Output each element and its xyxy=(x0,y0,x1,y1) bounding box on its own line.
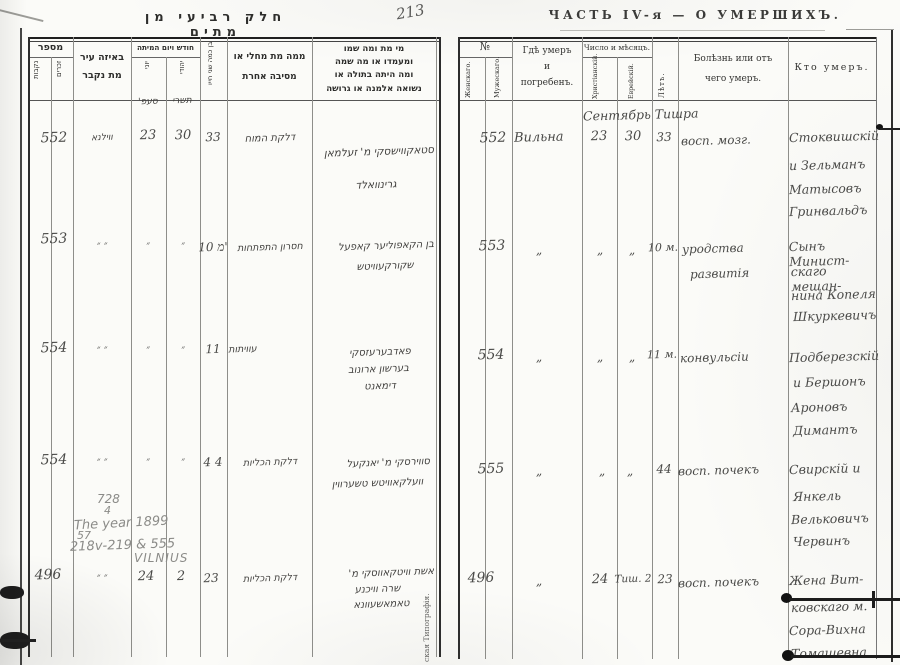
cause-of-death-line: уродства xyxy=(682,240,786,257)
record-number: 552 xyxy=(478,130,508,147)
age-value: 44 xyxy=(650,462,678,477)
right-table-left-border xyxy=(458,37,460,659)
record-number: 496 xyxy=(30,567,66,584)
record-number: 553 xyxy=(477,238,507,255)
record-number: 496 xyxy=(464,570,498,587)
deceased-name-line: Димантъ xyxy=(793,421,879,438)
right-header-bottom-rule xyxy=(458,100,877,101)
left-header-who-line1: מי מת ומה שמו xyxy=(312,44,436,54)
death-date-christian-ditto: „ xyxy=(590,350,610,365)
left-corner-crease xyxy=(0,8,43,22)
binding-ink-blob xyxy=(0,586,24,599)
left-header-cause-line2: מסיבה אחרת xyxy=(227,72,312,82)
deceased-name-line: Стоквишскій xyxy=(789,128,875,145)
right-header-age: Лѣтъ. xyxy=(658,52,666,98)
left-header-who-line4: נשואה אלמנה או גרושה xyxy=(312,84,436,94)
deceased-name-line: בערשון ארונוב xyxy=(336,363,421,377)
deceased-name-line: Гринвальдъ xyxy=(789,202,875,219)
left-col-line xyxy=(312,37,313,657)
deceased-name-line: Жена Вит- xyxy=(789,571,875,588)
age-value: 33 xyxy=(200,130,226,145)
deceased-name-line: Червинъ xyxy=(793,532,879,549)
left-col-line xyxy=(166,57,167,657)
right-table-top-border xyxy=(458,37,877,39)
death-date-christian-ditto: „ xyxy=(590,243,610,258)
record-number: 555 xyxy=(476,461,506,478)
right-header-female: Женскаго. xyxy=(464,60,472,98)
right-header-date-jewish: Еврейскій. xyxy=(628,59,635,99)
deceased-name-line: и Бершонъ xyxy=(793,373,879,390)
left-header-city-line2: מת נקבר xyxy=(73,70,131,81)
deceased-name-line: и Зельманъ xyxy=(789,156,875,173)
deceased-name-line: אשת וויטקאווסקי מ' xyxy=(316,566,434,581)
right-col-line xyxy=(617,57,618,659)
death-date-jewish: 2 xyxy=(168,569,194,585)
left-table-left-border xyxy=(28,37,30,657)
city-of-death: ווילנא xyxy=(76,132,128,144)
deceased-name-line: סווירסקי מ' יאנקעל xyxy=(318,456,430,471)
left-col-line xyxy=(73,37,74,657)
age-value: 11 м. xyxy=(644,348,680,362)
cause-of-death: חסרון התפתחות xyxy=(228,241,312,255)
right-header-who: Кто умеръ. xyxy=(788,62,876,73)
right-page-title: ЧАСТЬ IV-я — О УМЕРШИХЪ. xyxy=(545,8,845,22)
age-value: 10 מ' xyxy=(198,240,228,256)
right-page-edge-line xyxy=(891,30,893,662)
deceased-name-line: טאמאשעוונא xyxy=(344,598,419,612)
city-of-death-ditto: ״ ״ xyxy=(78,571,126,583)
city-of-death-ditto: „ xyxy=(524,574,554,589)
right-header-date-group: Число и мѣсяцъ. xyxy=(582,43,652,52)
corner-tick xyxy=(846,29,894,30)
left-month-civil: סעפ' xyxy=(131,96,165,107)
right-header-place-line2: и xyxy=(512,62,582,72)
cause-of-death: восп. почекъ xyxy=(678,574,784,591)
left-header-date-group: חודש ויום המיתה xyxy=(131,43,200,52)
pencil-note-line: VILNIUS xyxy=(134,551,188,565)
death-date-jewish-ditto: „ xyxy=(622,243,642,258)
left-header-bottom-rule xyxy=(28,100,441,101)
death-date-jewish: Тиш. 2 xyxy=(612,572,654,585)
city-of-death-ditto: ״ ״ xyxy=(78,239,126,251)
death-date-civil: 23 xyxy=(133,128,163,144)
left-col-line xyxy=(131,37,132,657)
right-header-place-line3: погребенъ. xyxy=(512,78,582,88)
death-date-jewish-ditto: ״ xyxy=(170,240,196,252)
death-date-christian: 23 xyxy=(586,129,612,145)
deceased-name-line: שרה וויכנע xyxy=(330,582,425,596)
deceased-name-line: גרינוואלד xyxy=(336,178,416,193)
death-date-jewish: 30 xyxy=(620,129,646,145)
death-date-jewish-ditto: ״ xyxy=(170,344,196,356)
left-header-cause-line1: ממה מת מחלי או xyxy=(227,52,312,62)
left-table-right-border xyxy=(439,37,441,657)
cause-of-death: восп. почекъ xyxy=(678,462,784,479)
death-date-christian-ditto: „ xyxy=(592,464,612,479)
left-header-males: זכרים xyxy=(55,61,63,99)
city-of-death-ditto: ״ ״ xyxy=(78,343,126,355)
city-of-death-ditto: ״ ״ xyxy=(78,455,126,467)
binding-string xyxy=(789,598,900,601)
right-header-cause-line2: чего умеръ. xyxy=(678,74,788,84)
cause-of-death: דלקת הכליות xyxy=(228,456,312,470)
record-number: 552 xyxy=(36,130,72,147)
death-date-civil-ditto: ״ xyxy=(135,240,161,252)
right-col-line xyxy=(582,37,583,659)
left-header-age: בן כמה שני חייו xyxy=(206,42,214,98)
death-date-civil-ditto: ״ xyxy=(135,456,161,468)
death-date-jewish-ditto: ״ xyxy=(170,456,196,468)
deceased-name-line: Сора-Вихна xyxy=(789,621,875,638)
left-header-date-civil: יוני xyxy=(143,61,151,97)
left-header-city-line1: באיזה עיר xyxy=(73,52,131,63)
left-page-number: 213 xyxy=(395,1,426,24)
right-month-header: Сентябрь Тишра xyxy=(583,105,699,123)
right-table-top-border-inner xyxy=(458,41,877,42)
left-table-top-border-inner xyxy=(28,41,441,42)
left-header-who-line2: ומעמדו או מה שמה xyxy=(312,57,436,67)
left-header-females: נקבות xyxy=(32,61,40,99)
deceased-name-line: בן הקאפוליער קאפעל xyxy=(316,239,434,254)
printer-mark: ская Типографія. xyxy=(422,572,431,662)
deceased-name-line: וועלקאוויטש טשערווין xyxy=(330,476,425,490)
left-header-who-line3: ומה היתה בתולה או xyxy=(312,70,436,80)
cause-of-death-line: развитія xyxy=(690,265,794,282)
deceased-name-line: Матысовъ xyxy=(789,180,875,197)
record-number: 554 xyxy=(476,347,506,364)
death-date-jewish: 30 xyxy=(170,128,196,144)
left-header-number: מספר xyxy=(28,42,73,53)
deceased-name-line: דימאנט xyxy=(350,380,410,393)
city-of-death: Вильна xyxy=(514,129,576,146)
right-header-cause-line1: Болѣзнь или отъ xyxy=(678,54,788,64)
binding-string xyxy=(880,128,900,130)
deceased-name-line: שקורקעוויטש xyxy=(340,259,430,273)
left-month-jewish: תשרי xyxy=(167,95,197,106)
record-number: 554 xyxy=(36,452,72,469)
death-date-civil-ditto: ״ xyxy=(135,344,161,356)
left-header-date-jewish: יהודי xyxy=(178,61,186,97)
city-of-death-ditto: „ xyxy=(524,243,554,258)
cause-of-death: דלקת הכליות xyxy=(230,572,310,586)
record-number: 553 xyxy=(36,231,72,248)
city-of-death-ditto: „ xyxy=(524,464,554,479)
deceased-name-line: פאדבערעזסקי xyxy=(330,345,430,359)
deceased-name-line: нина Копеля xyxy=(791,286,877,303)
right-header-number: № xyxy=(458,40,512,53)
deceased-name-line: Янкель xyxy=(793,487,879,504)
left-page-title: חלק רביעי מן מתים xyxy=(118,10,313,40)
binding-string xyxy=(0,639,36,642)
record-number: 554 xyxy=(36,340,72,357)
deceased-name-line: Подберезскій xyxy=(789,348,875,365)
death-date-jewish-ditto: „ xyxy=(622,350,642,365)
left-page-fold-line xyxy=(20,28,22,665)
binding-string-tick xyxy=(872,591,875,608)
cause-of-death: דלקת המוח xyxy=(230,132,310,146)
deceased-name-line: סטאקווישסקי מ' זעלמאן xyxy=(316,144,434,160)
binding-string xyxy=(791,655,900,658)
cause-of-death: восп. мозг. xyxy=(681,132,781,149)
scanned-register-spread: חלק רביעי מן מתים 213 מספר נקבות זכרים ב… xyxy=(0,0,900,665)
deceased-name-line: Томашевна xyxy=(791,644,877,661)
cause-of-death: конвульсіи xyxy=(680,349,786,366)
death-date-jewish-ditto: „ xyxy=(620,464,640,479)
death-date-civil: 24 xyxy=(131,569,161,585)
age-value: 10 м. xyxy=(646,241,680,255)
left-table-top-border xyxy=(28,37,441,39)
deceased-name-line: Ароновъ xyxy=(791,398,877,415)
age-value: 4 4 xyxy=(198,455,228,470)
right-header-date-christian: Христіанскій. xyxy=(592,59,599,99)
age-value: 23 xyxy=(196,571,226,586)
title-underline-smudge xyxy=(560,30,825,31)
deceased-name-line: Шкуркевичъ xyxy=(793,307,879,324)
deceased-name-line: Свирскій и xyxy=(789,460,875,477)
right-header-place-line1: Гдѣ умеръ xyxy=(512,46,582,56)
deceased-name-line: Вельковичъ xyxy=(791,510,877,527)
right-header-male: Мужескаго. xyxy=(493,60,501,98)
city-of-death-ditto: „ xyxy=(524,350,554,365)
age-value: 33 xyxy=(650,130,678,145)
cause-of-death: עוויתות xyxy=(215,343,270,356)
left-table-right-border-inner xyxy=(436,37,437,657)
age-value: 23 xyxy=(652,572,678,587)
pencil-note-line: 4 xyxy=(104,504,111,517)
death-date-christian: 24 xyxy=(588,572,612,588)
